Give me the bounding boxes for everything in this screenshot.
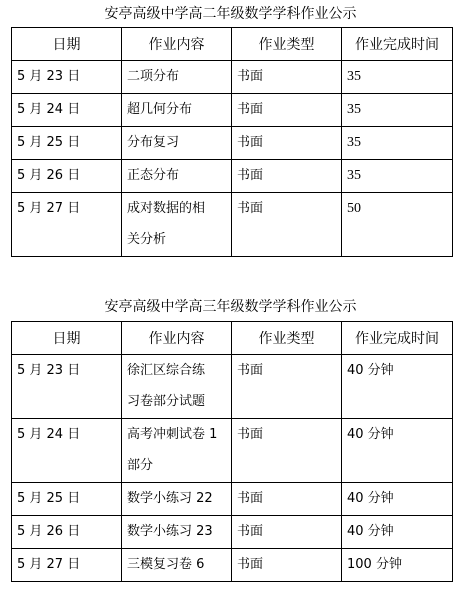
cell-date: 5 月 25 日 <box>12 483 122 516</box>
cell-date: 5 月 27 日 <box>12 193 122 257</box>
cell-date: 5 月 23 日 <box>12 355 122 419</box>
cell-time: 40 分钟 <box>342 355 453 419</box>
cell-type: 书面 <box>232 419 342 483</box>
cell-time: 35 <box>342 127 453 160</box>
header-date: 日期 <box>12 322 122 355</box>
cell-time: 35 <box>342 160 453 193</box>
cell-date: 5 月 25 日 <box>12 127 122 160</box>
header-date: 日期 <box>12 28 122 61</box>
cell-type: 书面 <box>232 483 342 516</box>
table-header-row: 日期 作业内容 作业类型 作业完成时间 <box>12 28 453 61</box>
cell-type: 书面 <box>232 193 342 257</box>
header-content: 作业内容 <box>122 28 232 61</box>
cell-time: 100 分钟 <box>342 549 453 582</box>
homework-table-grade-2: 日期 作业内容 作业类型 作业完成时间 5 月 23 日 二项分布 书面 35 … <box>11 27 453 257</box>
cell-date: 5 月 26 日 <box>12 160 122 193</box>
cell-date: 5 月 27 日 <box>12 549 122 582</box>
table-caption-grade-2: 安亭高级中学高二年级数学学科作业公示 <box>0 5 461 23</box>
cell-content: 数学小练习 23 <box>122 516 232 549</box>
cell-type: 书面 <box>232 516 342 549</box>
cell-time: 40 分钟 <box>342 516 453 549</box>
table-row: 5 月 23 日 徐汇区综合练习卷部分试题 书面 40 分钟 <box>12 355 453 419</box>
homework-table-grade-3: 日期 作业内容 作业类型 作业完成时间 5 月 23 日 徐汇区综合练习卷部分试… <box>11 321 453 582</box>
cell-date: 5 月 26 日 <box>12 516 122 549</box>
cell-content: 数学小练习 22 <box>122 483 232 516</box>
cell-type: 书面 <box>232 160 342 193</box>
cell-content: 二项分布 <box>122 61 232 94</box>
table-caption-grade-3: 安亭高级中学高三年级数学学科作业公示 <box>0 298 461 316</box>
cell-time: 35 <box>342 94 453 127</box>
cell-time: 50 <box>342 193 453 257</box>
header-type: 作业类型 <box>232 322 342 355</box>
table-row: 5 月 24 日 高考冲刺试卷 1部分 书面 40 分钟 <box>12 419 453 483</box>
table-header-row: 日期 作业内容 作业类型 作业完成时间 <box>12 322 453 355</box>
table-row: 5 月 24 日 超几何分布 书面 35 <box>12 94 453 127</box>
table-row: 5 月 25 日 分布复习 书面 35 <box>12 127 453 160</box>
cell-type: 书面 <box>232 549 342 582</box>
cell-time: 40 分钟 <box>342 483 453 516</box>
cell-content: 超几何分布 <box>122 94 232 127</box>
cell-content: 高考冲刺试卷 1部分 <box>122 419 232 483</box>
cell-type: 书面 <box>232 94 342 127</box>
header-time: 作业完成时间 <box>342 28 453 61</box>
table-row: 5 月 27 日 三模复习卷 6 书面 100 分钟 <box>12 549 453 582</box>
cell-date: 5 月 23 日 <box>12 61 122 94</box>
cell-content: 正态分布 <box>122 160 232 193</box>
header-content: 作业内容 <box>122 322 232 355</box>
cell-type: 书面 <box>232 127 342 160</box>
cell-content: 徐汇区综合练习卷部分试题 <box>122 355 232 419</box>
cell-date: 5 月 24 日 <box>12 94 122 127</box>
header-time: 作业完成时间 <box>342 322 453 355</box>
cell-content: 成对数据的相关分析 <box>122 193 232 257</box>
cell-time: 35 <box>342 61 453 94</box>
cell-date: 5 月 24 日 <box>12 419 122 483</box>
table-row: 5 月 23 日 二项分布 书面 35 <box>12 61 453 94</box>
table-row: 5 月 26 日 正态分布 书面 35 <box>12 160 453 193</box>
cell-time: 40 分钟 <box>342 419 453 483</box>
header-type: 作业类型 <box>232 28 342 61</box>
table-row: 5 月 26 日 数学小练习 23 书面 40 分钟 <box>12 516 453 549</box>
cell-type: 书面 <box>232 61 342 94</box>
cell-content: 三模复习卷 6 <box>122 549 232 582</box>
table-row: 5 月 25 日 数学小练习 22 书面 40 分钟 <box>12 483 453 516</box>
cell-content: 分布复习 <box>122 127 232 160</box>
table-row: 5 月 27 日 成对数据的相关分析 书面 50 <box>12 193 453 257</box>
cell-type: 书面 <box>232 355 342 419</box>
